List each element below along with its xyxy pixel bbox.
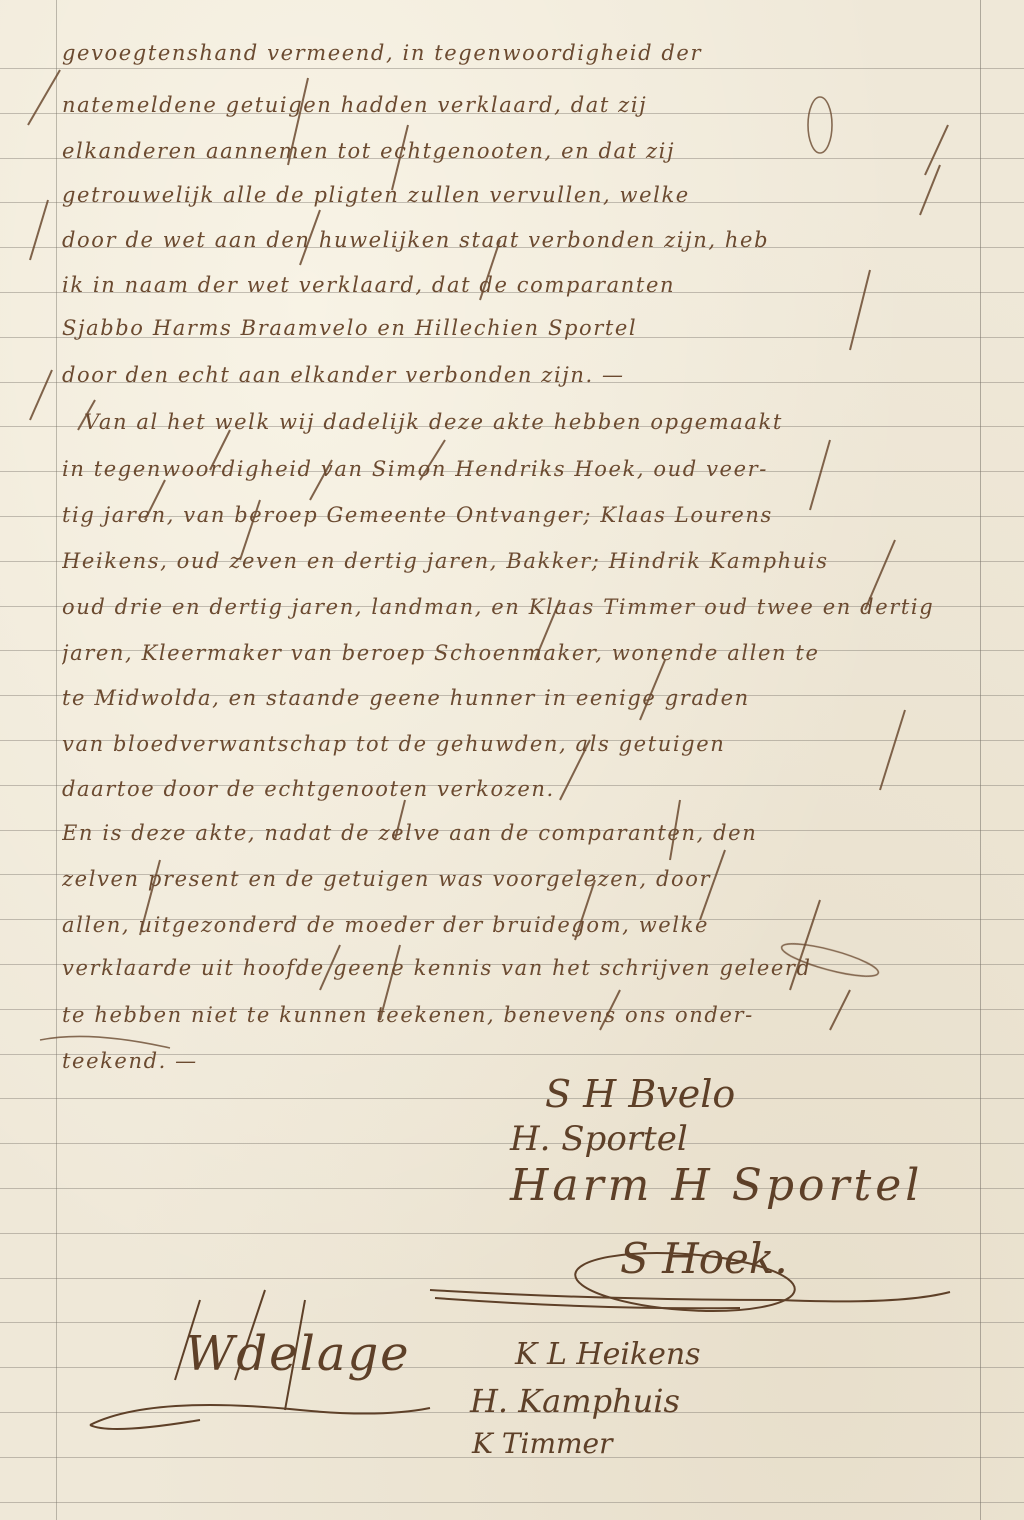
ruled-line: [0, 1098, 1024, 1099]
signature-hoek: S Hoek.: [620, 1238, 788, 1280]
signature-heikens: K L Heikens: [515, 1340, 701, 1370]
text-line: ik in naam der wet verklaard, dat de com…: [62, 272, 977, 298]
text-line: getrouwelijk alle de pligten zullen verv…: [62, 182, 977, 208]
signature-harm-sportel: Harm H Sportel: [510, 1164, 923, 1208]
text-line: Heikens, oud zeven en dertig jaren, Bakk…: [62, 548, 977, 574]
text-line: verklaarde uit hoofde geene kennis van h…: [62, 955, 977, 981]
text-line: door den echt aan elkander verbonden zij…: [62, 362, 977, 388]
right-margin-line: [980, 0, 981, 1520]
text-line: daartoe door de echtgenooten verkozen.: [62, 776, 977, 802]
text-line: gevoegtenshand vermeend, in tegenwoordig…: [62, 40, 977, 66]
ruled-line: [0, 1502, 1024, 1503]
left-margin-line: [56, 0, 57, 1520]
signature-timmer: K Timmer: [472, 1430, 613, 1458]
document-page: gevoegtenshand vermeend, in tegenwoordig…: [0, 0, 1024, 1520]
text-line: in tegenwoordigheid van Simon Hendriks H…: [62, 456, 977, 482]
ruled-line: [0, 1233, 1024, 1234]
signature-kamphuis: H. Kamphuis: [470, 1385, 680, 1417]
text-line: jaren, Kleermaker van beroep Schoenmaker…: [62, 640, 977, 666]
text-line: zelven present en de getuigen was voorge…: [62, 866, 977, 892]
signature-braamvelo: S H Bvelo: [545, 1075, 735, 1113]
text-line: Sjabbo Harms Braamvelo en Hillechien Spo…: [62, 315, 977, 341]
ruled-line: [0, 1322, 1024, 1323]
signature-registrar: Wdelage: [185, 1330, 411, 1378]
ruled-line: [0, 1278, 1024, 1279]
text-line: te Midwolda, en staande geene hunner in …: [62, 685, 977, 711]
text-line: van bloedverwantschap tot de gehuwden, a…: [62, 731, 977, 757]
text-line: En is deze akte, nadat de zelve aan de c…: [62, 820, 977, 846]
text-line: oud drie en dertig jaren, landman, en Kl…: [62, 594, 977, 620]
signature-h-sportel: H. Sportel: [510, 1122, 688, 1156]
text-line: Van al het welk wij dadelijk deze akte h…: [84, 409, 999, 435]
text-line: teekend. —: [62, 1048, 977, 1074]
text-line: allen, uitgezonderd de moeder der bruide…: [62, 912, 977, 938]
ruled-line: [0, 68, 1024, 69]
text-line: tig jaren, van beroep Gemeente Ontvanger…: [62, 502, 977, 528]
text-line: door de wet aan den huwelijken staat ver…: [62, 227, 977, 253]
ruled-line: [0, 1367, 1024, 1368]
text-line: elkanderen aannemen tot echtgenooten, en…: [62, 138, 977, 164]
text-line: natemeldene getuigen hadden verklaard, d…: [62, 92, 977, 118]
text-line: te hebben niet te kunnen teekenen, benev…: [62, 1002, 977, 1028]
